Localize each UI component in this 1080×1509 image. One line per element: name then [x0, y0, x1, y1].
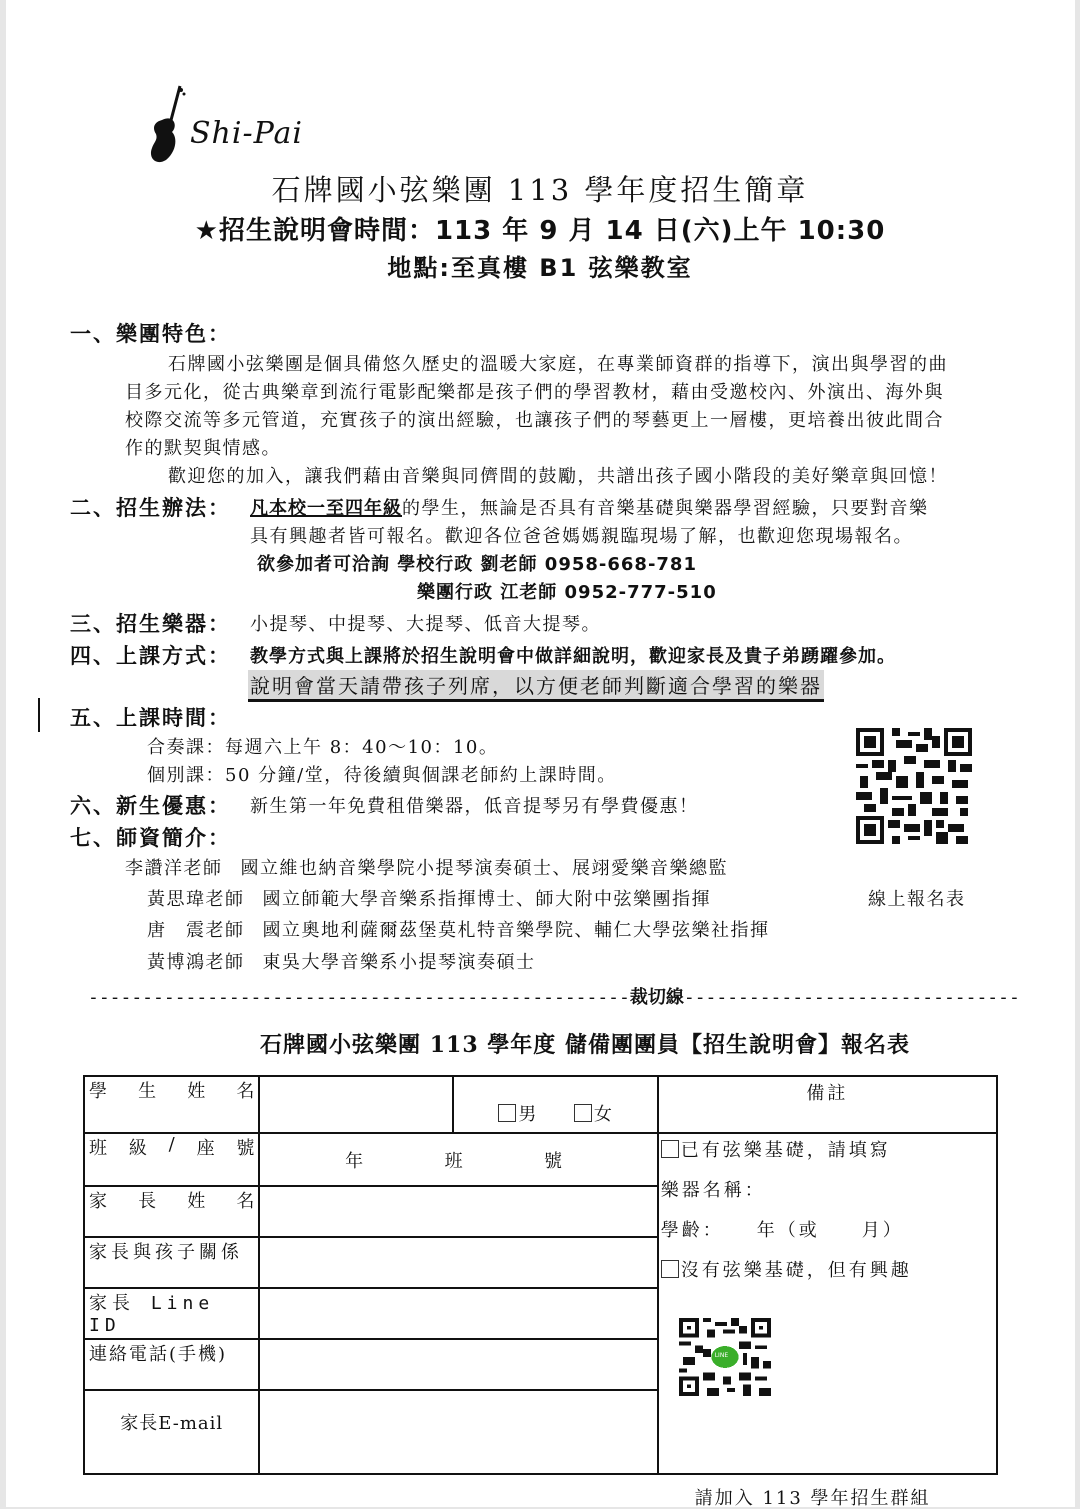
- enrollment-line-2: 具有興趣者皆可報名。歡迎各位爸爸媽媽親臨現場了解，也歡迎您現場報名。: [250, 522, 913, 548]
- features-line: 石牌國小弦樂團是個具備悠久歷史的溫暖大家庭，在專業師資群的指導下，演出與學習的曲: [168, 350, 948, 376]
- briefing-time: ★招生說明會時間：113 年 9 月 14 日(六)上午 10:30: [0, 210, 1080, 247]
- section-heading-instruments: 三、招生樂器：: [70, 608, 231, 638]
- number-label: 號: [544, 1147, 562, 1173]
- label-phone: 連絡電話(手機): [84, 1339, 259, 1390]
- gender-female-checkbox[interactable]: [574, 1104, 592, 1122]
- briefing-location: 地點:至真樓 B1 弦樂教室: [0, 248, 1080, 283]
- line-group-caption: 請加入 113 學年招生群組: [695, 1484, 931, 1509]
- private-schedule: 個別課：50 分鐘/堂，待後續與個課老師約上課時間。: [147, 761, 617, 787]
- line-badge-text: LINE: [715, 1352, 728, 1359]
- line-id-input[interactable]: [259, 1288, 657, 1339]
- violin-icon: [148, 82, 192, 168]
- no-basis-checkbox[interactable]: [661, 1260, 679, 1278]
- registration-form: 學生姓名 男 女 備註 班級/座號 年 班 號 已有弦樂基礎，請: [83, 1075, 998, 1475]
- logo-text: Shi-Pai: [190, 116, 303, 151]
- phone-input[interactable]: [259, 1339, 657, 1390]
- section-heading-schedule: 五、上課時間：: [70, 702, 231, 732]
- gender-male-label: 男: [518, 1104, 536, 1125]
- ensemble-schedule: 合奏課：每週六上午 8：40～10：10。: [147, 733, 498, 759]
- online-form-caption: 線上報名表: [868, 885, 966, 911]
- page-title: 石牌國小弦樂團 113 學年度招生簡章: [0, 168, 1080, 209]
- qr-code-icon: [856, 728, 972, 844]
- instruments-text: 小提琴、中提琴、大提琴、低音大提琴。: [250, 610, 601, 636]
- section-heading-offer: 六、新生優惠：: [70, 790, 231, 820]
- method-text: 教學方式與上課將於招生說明會中做詳細說明，歡迎家長及貴子弟踴躍參加。: [250, 642, 896, 668]
- label-line-id: 家長 Line ID: [84, 1288, 259, 1339]
- contact-orchestra: 樂團行政 江老師 0952-777-510: [417, 578, 717, 604]
- teacher-name: 黃思瑋老師: [147, 889, 245, 910]
- year-label: 年: [345, 1147, 363, 1173]
- class-label: 班: [445, 1147, 463, 1173]
- years-field[interactable]: 學齡： 年（或 月）: [661, 1216, 994, 1242]
- label-relation: 家長與孩子關係: [84, 1237, 259, 1288]
- teacher-row: 唐 震老師國立奧地利薩爾茲堡莫札特音樂學院、輔仁大學弦樂社指揮: [147, 916, 770, 942]
- teacher-name: 李讚洋老師: [125, 858, 223, 879]
- cut-line-label: 裁切線: [630, 987, 684, 1008]
- section-heading-method: 四、上課方式：: [70, 640, 231, 670]
- contact-school: 欲參加者可洽詢 學校行政 劉老師 0958-668-781: [257, 550, 697, 576]
- student-name-input[interactable]: [259, 1076, 452, 1133]
- cut-line-dashes: ----------------------------------------…: [88, 987, 630, 1008]
- features-line: 目多元化，從古典樂章到流行電影配樂都是孩子們的學習教材，藉由受邀校內、外演出、海…: [125, 378, 944, 404]
- teacher-name: 黃博鴻老師: [147, 952, 245, 973]
- instrument-name-field[interactable]: 樂器名稱：: [661, 1176, 994, 1202]
- teacher-bio: 國立師範大學音樂系指揮博士、師大附中弦樂團指揮: [263, 889, 712, 910]
- online-form-qr[interactable]: [856, 728, 972, 844]
- teacher-bio: 國立奧地利薩爾茲堡莫札特音樂學院、輔仁大學弦樂社指揮: [263, 920, 770, 941]
- teacher-row: 黃思瑋老師國立師範大學音樂系指揮博士、師大附中弦樂團指揮: [147, 885, 711, 911]
- bring-child-notice: 說明會當天請帶孩子列席，以方便老師判斷適合學習的樂器: [248, 670, 824, 702]
- remarks-header-label: 備註: [806, 1083, 848, 1104]
- cut-line: ----------------------------------------…: [88, 983, 1020, 1009]
- enrollment-text: 的學生，無論是否具有音樂基礎與樂器學習經驗，只要對音樂: [402, 498, 929, 519]
- offer-text: 新生第一年免費租借樂器，低音提琴另有學費優惠！: [250, 792, 699, 818]
- section-heading-teachers: 七、師資簡介：: [70, 822, 231, 852]
- label-email: 家長E-mail: [84, 1390, 259, 1474]
- label-parent-name: 家長姓名: [84, 1186, 259, 1237]
- cut-line-dashes: ----------------------------------------…: [684, 987, 1020, 1008]
- form-title: 石牌國小弦樂團 113 學年度 儲備團團員【招生說明會】報名表: [0, 1028, 1080, 1059]
- label-class-seat: 班級/座號: [84, 1133, 259, 1186]
- no-basis-option: 沒有弦樂基礎，但有興趣: [661, 1256, 994, 1282]
- teacher-row: 李讚洋老師國立維也納音樂學院小提琴演奏碩士、展翊愛樂音樂總監: [125, 854, 728, 880]
- eligibility-emphasis: 凡本校一至四年級: [250, 498, 402, 519]
- label-student-name: 學生姓名: [84, 1076, 259, 1133]
- gender-cell: 男 女: [453, 1076, 658, 1133]
- relation-input[interactable]: [259, 1237, 657, 1288]
- remarks-header: 備註: [658, 1076, 997, 1133]
- logo: Shi-Pai: [148, 82, 288, 168]
- class-seat-input[interactable]: 年 班 號: [259, 1133, 657, 1186]
- features-line: 校際交流等多元管道，充實孩子的演出經驗，也讓孩子們的琴藝更上一層樓，更培養出彼此…: [125, 406, 944, 432]
- email-input[interactable]: [259, 1390, 657, 1474]
- remarks-cell: 已有弦樂基礎，請填寫 樂器名稱： 學齡： 年（或 月） 沒有弦樂基礎，但有興趣: [658, 1133, 997, 1474]
- enrollment-line-1: 凡本校一至四年級的學生，無論是否具有音樂基礎與樂器學習經驗，只要對音樂: [250, 494, 929, 520]
- has-basis-option: 已有弦樂基礎，請填寫: [661, 1136, 994, 1162]
- parent-name-input[interactable]: [259, 1186, 657, 1237]
- gender-female-label: 女: [594, 1104, 612, 1125]
- features-line: 作的默契與情感。: [125, 434, 281, 460]
- section-heading-features: 一、樂團特色：: [70, 318, 231, 348]
- welcome-text: 歡迎您的加入，讓我們藉由音樂與同儕間的鼓勵，共譜出孩子國小階段的美好樂章與回憶！: [168, 462, 948, 488]
- teacher-name: 唐 震老師: [147, 920, 245, 941]
- section-heading-enrollment: 二、招生辦法：: [70, 492, 231, 522]
- teacher-bio: 東吳大學音樂系小提琴演奏碩士: [263, 952, 536, 973]
- teacher-bio: 國立維也納音樂學院小提琴演奏碩士、展翊愛樂音樂總監: [241, 858, 729, 879]
- text-cursor: [38, 698, 40, 732]
- gender-male-checkbox[interactable]: [498, 1104, 516, 1122]
- teacher-row: 黃博鴻老師東吳大學音樂系小提琴演奏碩士: [147, 948, 536, 974]
- line-group-qr[interactable]: LINE: [679, 1318, 771, 1396]
- has-basis-checkbox[interactable]: [661, 1140, 679, 1158]
